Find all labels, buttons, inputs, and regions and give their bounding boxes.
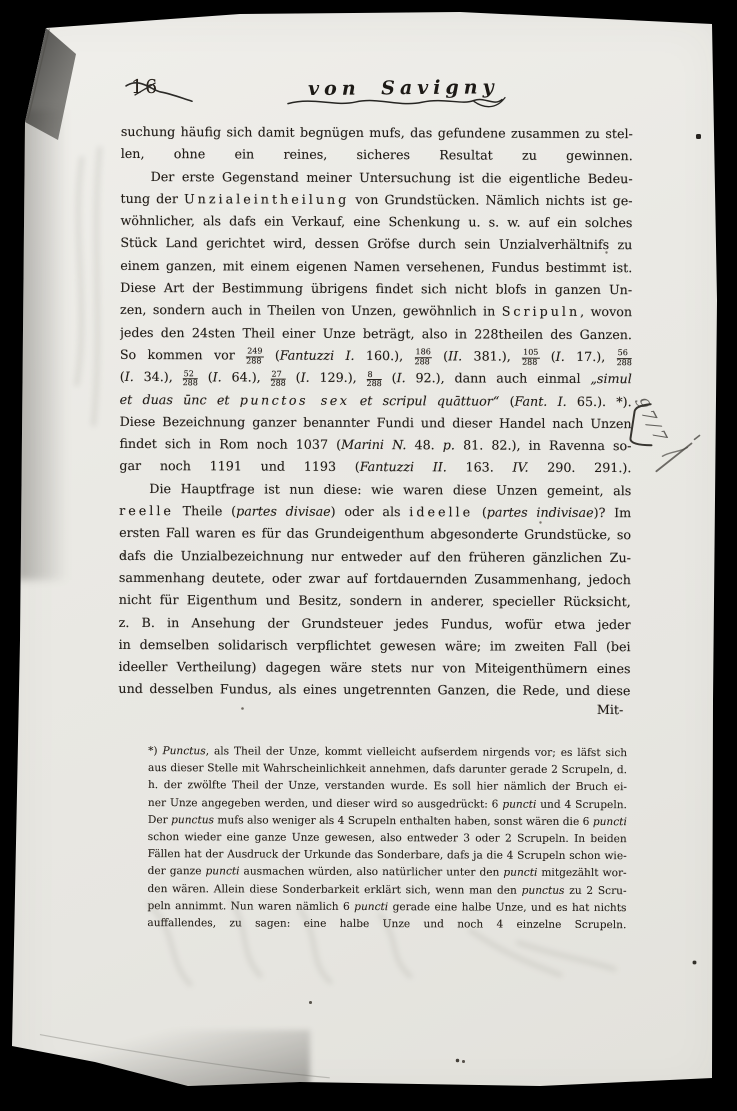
text-segment: len, ohne ein reines, sicheres Resultat …	[121, 146, 633, 163]
text-segment: gar noch 1191 und 1193 (	[119, 458, 359, 474]
text-segment: Diese Bezeichnung ganzer benannter Fundi…	[120, 414, 632, 431]
text-segment: von Grundstücken. Nämlich nichts ist ge-	[349, 192, 632, 208]
text-segment: Theile (	[174, 503, 236, 518]
text-segment: 160.),	[355, 348, 415, 363]
text-line: schon wieder eine ganze Unze gewesen, al…	[148, 829, 627, 848]
text-line: Diese Art der Bestimmung übrigens findet…	[120, 277, 632, 302]
text-segment: Fällen hat der Ausdruck der Urkunde das …	[148, 848, 627, 862]
text-segment: der ganze	[148, 865, 206, 877]
text-segment: wöhnlicher, als dafs ein Verkauf, eine S…	[120, 213, 632, 230]
text-segment: Scripuln	[502, 304, 581, 319]
text-segment: (	[473, 505, 487, 520]
text-segment: 129.),	[310, 370, 367, 385]
footnote-block: *) Punctus, als Theil der Unze, kommt vi…	[147, 743, 627, 934]
text-line: Der erste Gegenstand meiner Untersuchung…	[121, 166, 633, 191]
text-segment: sammenhang deutete, oder zwar auf fortda…	[119, 570, 631, 587]
fraction: 249288	[246, 348, 263, 366]
main-text-block: suchung häufig sich damit begnügen mufs,…	[118, 121, 633, 703]
text-segment: Fant. I.	[515, 393, 567, 408]
text-segment: mitgezählt wor-	[537, 867, 626, 879]
text-segment: II.	[448, 348, 462, 363]
text-segment: ideeller Vertheilung) dagegen wäre stets…	[118, 659, 630, 676]
text-segment: et duas ūnc et	[120, 391, 240, 407]
text-segment: p.	[443, 437, 455, 452]
text-segment: aus dieser Stelle mit Wahrscheinlichkeit…	[148, 762, 627, 776]
text-segment: *)	[148, 745, 162, 757]
text-line: Die Hauptfrage ist nun diese: wie waren …	[119, 478, 631, 503]
text-line: ideeller Vertheilung) dagegen wäre stets…	[118, 656, 630, 681]
text-segment: I.	[213, 370, 222, 385]
text-line: in demselben solidarisch verpflichtet ge…	[119, 634, 631, 659]
margin-scribble-slash	[656, 443, 691, 471]
text-line: Fällen hat der Ausdruck der Urkunde das …	[148, 846, 627, 865]
text-line: und desselben Fundus, als eines ungetren…	[118, 678, 630, 703]
text-segment: Stück Land gerichtet wird, dessen Gröfse…	[120, 235, 632, 252]
scan-canvas: 16 von Savigny suchung häufig sich damit…	[0, 0, 737, 1111]
text-segment: findet sich in Rom noch 1037 (	[119, 436, 341, 452]
text-line: So kommen vor 249288 (Fantuzzi I. 160.),…	[120, 344, 632, 369]
text-segment: h. der zwölfte Theil der Unze, verstande…	[148, 779, 627, 793]
text-segment: suchung häufig sich damit begnügen mufs,…	[121, 124, 633, 141]
text-segment: zu 2 Scru-	[564, 884, 626, 896]
header-underline-tail	[474, 97, 505, 106]
text-segment: puncti	[502, 798, 536, 810]
text-segment: reelle	[119, 503, 174, 518]
text-line: tung der Unzialeintheilung von Grundstüc…	[121, 188, 633, 213]
text-segment: Die Hauptfrage ist nun diese: wie waren …	[149, 481, 631, 498]
text-segment: ner Unze angegeben werden, und dieser wi…	[148, 797, 502, 811]
text-segment: 163.	[447, 460, 513, 475]
text-line: ersten Fall waren es für das Grundeigent…	[119, 522, 631, 547]
text-segment: I.	[301, 370, 310, 385]
text-segment: 81. 82.), in Ravenna so-	[455, 438, 632, 454]
text-line: der ganze puncti ausmachen würden, also …	[148, 863, 627, 882]
text-segment: 17.),	[565, 349, 617, 364]
text-segment: z. B. in Ansehung der Grundsteuer jedes …	[119, 614, 631, 636]
text-line: findet sich in Rom noch 1037 (Marini N. …	[119, 433, 631, 458]
margin-scribble-tilde	[662, 447, 687, 456]
text-line: suchung häufig sich damit begnügen mufs,…	[121, 121, 633, 146]
text-segment: „simul	[590, 371, 631, 386]
text-segment: partes indivisae	[487, 505, 594, 520]
text-segment: puncti	[205, 866, 239, 878]
text-segment: Punctus	[162, 745, 205, 757]
text-segment: )? Im	[594, 505, 632, 520]
text-segment: 92.), dann auch einmal	[406, 370, 591, 386]
text-line: wöhnlicher, als dafs ein Verkauf, eine S…	[120, 210, 632, 235]
text-segment: nicht für Eigenthum und Besitz, sondern …	[119, 592, 631, 609]
page-content: 16 von Savigny suchung häufig sich damit…	[0, 0, 737, 1111]
text-segment: puncti	[354, 901, 388, 913]
text-line: Stück Land gerichtet wird, dessen Gröfse…	[120, 232, 632, 257]
text-segment: Der erste Gegenstand meiner Untersuchung…	[151, 169, 633, 186]
text-segment: Fantuzzi II.	[360, 459, 447, 474]
text-line: reelle Theile (partes divisae) oder als …	[119, 500, 631, 525]
text-line: sammenhang deutete, oder zwar auf fortda…	[119, 567, 631, 592]
text-segment: punctos sex	[240, 392, 350, 407]
text-segment: gerade eine halbe Unze, und es hat nicht…	[388, 901, 626, 914]
text-line: *) Punctus, als Theil der Unze, kommt vi…	[148, 743, 627, 762]
text-line: einem ganzen, mit einem eigenen Namen ve…	[120, 255, 632, 280]
text-line: nicht für Eigenthum und Besitz, sondern …	[119, 589, 631, 614]
text-segment: (	[286, 370, 301, 385]
text-segment: I.	[556, 349, 565, 364]
text-segment: I.	[125, 369, 134, 384]
text-segment: ausmachen würden, also natürlicher unter…	[240, 866, 504, 879]
text-segment: et scripul quāttuor“	[349, 392, 499, 408]
text-segment: (	[263, 348, 279, 363]
margin-annotation: 97/7	[630, 395, 672, 446]
catchword: Mit-	[118, 700, 623, 717]
text-segment: (	[432, 348, 448, 363]
text-segment: (	[539, 349, 555, 364]
fraction: 52288	[183, 370, 198, 388]
text-line: jedes den 24sten Theil einer Unze beträg…	[120, 322, 632, 347]
margin-scribble-tick	[695, 435, 700, 439]
text-segment: (	[198, 370, 213, 385]
text-segment: dafs die Unzialbezeichnung nur entweder …	[119, 548, 631, 565]
text-segment: (	[499, 393, 514, 408]
text-segment: puncti	[593, 816, 627, 828]
text-segment: einem ganzen, mit einem eigenen Namen ve…	[120, 258, 632, 275]
text-line: zen, sondern auch in Theilen von Unzen, …	[120, 299, 632, 324]
text-segment: und 4 Scrupeln.	[536, 798, 627, 810]
text-segment: 65.). *).	[567, 393, 632, 408]
text-segment: und desselben Fundus, als eines ungetren…	[118, 681, 630, 698]
text-segment: ) oder als	[331, 504, 410, 519]
page-number: 16	[131, 76, 159, 98]
text-line: peln annimmt. Nun waren nämlich 6 puncti…	[147, 898, 626, 917]
text-segment: peln annimmt. Nun waren nämlich 6	[147, 900, 354, 913]
text-segment: IV.	[512, 460, 528, 475]
scanned-page: 16 von Savigny suchung häufig sich damit…	[0, 0, 737, 1111]
text-line: h. der zwölfte Theil der Unze, verstande…	[148, 777, 627, 796]
fraction: 27288	[270, 370, 285, 388]
text-segment: I.	[397, 370, 406, 385]
text-line: (I. 34.), 52288 (I. 64.), 27288 (I. 129.…	[120, 366, 632, 391]
text-segment: 64.),	[222, 370, 271, 385]
fraction: 56288	[617, 349, 632, 367]
text-segment: jedes den 24sten Theil einer Unze beträg…	[120, 325, 632, 342]
text-line: dafs die Unzialbezeichnung nur entweder …	[119, 545, 631, 570]
text-line: gar noch 1191 und 1193 (Fantuzzi II. 163…	[119, 455, 631, 480]
text-segment: puncti	[503, 867, 537, 879]
text-segment: 381.),	[462, 348, 522, 363]
text-segment: , wovon	[580, 304, 632, 319]
text-segment: 290. 291.).	[528, 460, 631, 475]
text-segment: ersten Fall waren es für das Grundeigent…	[119, 525, 631, 542]
text-line: Der punctus mufs also weniger als 4 Scru…	[148, 812, 627, 831]
fraction: 105288	[522, 349, 539, 367]
fold-edge-line	[28, 29, 49, 120]
text-segment: Der	[148, 814, 171, 826]
text-segment: So kommen vor	[120, 347, 246, 363]
text-segment: schon wieder eine ganze Unze gewesen, al…	[148, 831, 627, 845]
fraction: 8288	[366, 371, 381, 389]
text-line: auffallendes, zu sagen: eine halbe Unze …	[147, 915, 626, 934]
header-title: von Savigny	[308, 76, 499, 100]
text-segment: den wären. Allein diese Sonderbarkeit er…	[148, 883, 522, 897]
text-segment: in demselben solidarisch verpflichtet ge…	[119, 637, 631, 654]
text-segment: (	[382, 370, 397, 385]
text-line: den wären. Allein diese Sonderbarkeit er…	[148, 881, 627, 900]
paper-specks	[0, 0, 1, 1]
fraction: 186288	[414, 349, 431, 367]
text-segment: Unzialeintheilung	[184, 191, 349, 207]
text-segment: Marini N.	[341, 437, 406, 452]
text-segment: 34.),	[134, 369, 183, 384]
text-segment: auffallendes, zu sagen: eine halbe Unze …	[147, 917, 626, 931]
text-segment: tung der	[121, 191, 185, 206]
text-line: et duas ūnc et punctos sex et scripul qu…	[120, 388, 632, 413]
text-segment: partes divisae	[236, 503, 331, 518]
text-line: len, ohne ein reines, sicheres Resultat …	[121, 143, 633, 168]
text-segment: Diese Art der Bestimmung übrigens findet…	[120, 280, 632, 297]
text-segment: zen, sondern auch in Theilen von Unzen, …	[120, 302, 502, 319]
text-segment: Fantuzzi I.	[280, 348, 355, 363]
text-segment: punctus	[522, 884, 565, 896]
text-segment: 48.	[406, 437, 442, 452]
text-line: Diese Bezeichnung ganzer benannter Fundi…	[120, 411, 632, 436]
text-line: aus dieser Stelle mit Wahrscheinlichkeit…	[148, 760, 627, 779]
bottom-crease	[40, 1035, 330, 1078]
text-line: ner Unze angegeben werden, und dieser wi…	[148, 795, 627, 814]
text-segment: mufs also weniger als 4 Scrupeln enthalt…	[214, 814, 593, 828]
text-line: z. B. in Ansehung der Grundsteuer jedes …	[119, 611, 631, 636]
text-segment: punctus	[171, 814, 214, 826]
text-segment: ideelle	[409, 504, 473, 519]
